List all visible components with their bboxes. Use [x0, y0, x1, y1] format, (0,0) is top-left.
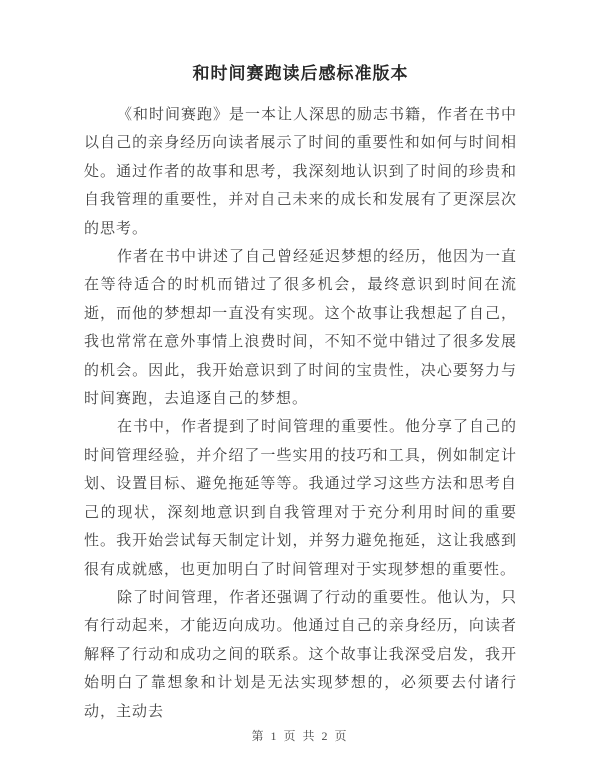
paragraph-4: 除了时间管理，作者还强调了行动的重要性。他认为，只有行动起来，才能迈向成功。他通…: [84, 584, 517, 726]
document-content: 和时间赛跑读后感标准版本 《和时间赛跑》是一本让人深思的励志书籍，作者在书中以自…: [84, 60, 517, 726]
document-page: 和时间赛跑读后感标准版本 《和时间赛跑》是一本让人深思的励志书籍，作者在书中以自…: [0, 0, 600, 776]
paragraph-2: 作者在书中讲述了自己曾经延迟梦想的经历，他因为一直在等待适合的时机而错过了很多机…: [84, 243, 517, 413]
document-title: 和时间赛跑读后感标准版本: [84, 60, 517, 88]
paragraph-3: 在书中，作者提到了时间管理的重要性。他分享了自己的时间管理经验，并介绍了一些实用…: [84, 413, 517, 583]
page-number-footer: 第 1 页 共 2 页: [0, 729, 600, 743]
paragraph-1: 《和时间赛跑》是一本让人深思的励志书籍，作者在书中以自己的亲身经历向读者展示了时…: [84, 101, 517, 243]
